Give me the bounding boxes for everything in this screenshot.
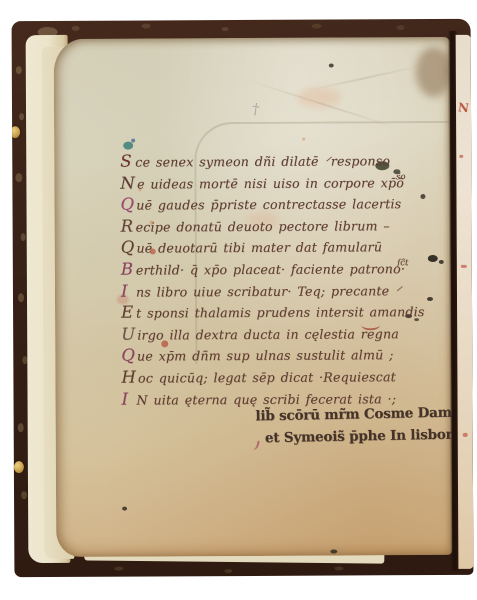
stain [297,87,341,107]
line-initial: R [121,215,134,237]
line-text: uē deuotarū tibi mater dat famularū [136,240,382,256]
leather-speck [72,26,80,31]
colophon-block: lib̃ scōrū mr̃m Cosme Damianiet Symeois̃… [255,401,452,449]
line-text: oc quicūq; legat sēp dicat ·Requiescat [138,369,396,385]
line-initial: I [121,388,134,410]
red-mark [459,155,463,158]
facing-page-sliver: N [456,35,474,569]
line-initial: N [120,172,135,194]
poem-line: Sce senex symeon dñi dilatē ⸍responso [120,149,435,172]
stain [131,139,135,143]
leather-speck [16,66,22,74]
leather-speck [142,23,151,28]
leather-speck [19,113,24,120]
poem-block: Sce senex symeon dñi dilatē ⸍responsoNe … [120,149,436,410]
poem-line: Ne uideas mortē nisi uiso in corpore xp̄… [120,171,435,194]
clasp-pin [12,126,21,138]
line-text: uē gaudes p̄priste contrectasse lacertis [136,196,401,212]
stain [439,260,444,264]
line-text: irgo illa dextra ducta in cęlestia regna [137,326,399,342]
stain [330,550,337,554]
leather-speck [15,173,22,182]
stain [302,138,305,141]
leather-speck [21,233,26,241]
line-superscript: fc̃t [397,258,408,268]
leather-speck [18,423,24,432]
poem-line: Recipe donatū deuoto pectore librum – [121,214,436,237]
line-text: ecipe donatū deuoto pectore librum – [136,218,390,234]
leather-speck [312,24,322,29]
book-photo: † Sce senex symeon dñi dilatē ⸍responsoN… [12,19,474,577]
line-initial: S [120,151,133,173]
stain [329,64,334,68]
line-text: ue xp̄m dñm sup ulnas sustulit almū ; [137,348,394,364]
line-initial: Q [121,237,135,259]
poem-line: Que xp̄m dñm sup ulnas sustulit almū ; [121,343,436,366]
line-initial: U [121,323,135,345]
line-initial: I [121,280,134,302]
poem-line: Et sponsi thalamis prudens intersit aman… [121,300,436,323]
facing-page-initial: N [457,100,469,115]
manuscript-photograph: † Sce senex symeon dñi dilatē ⸍responsoN… [0,0,477,600]
leather-speck [397,25,405,30]
line-initial: B [121,259,134,281]
line-text: erthild· q̄ xp̄o placeat· faciente patro… [136,261,405,277]
leather-speck [222,27,229,31]
leather-speck [114,567,123,571]
stain [123,142,133,150]
leather-speck [21,491,27,499]
parchment-page: † Sce senex symeon dñi dilatē ⸍responsoN… [54,37,453,557]
line-initial: Q [120,194,134,216]
stain [416,47,452,97]
poem-line: Berthild· q̄ xp̄o placeat· faciente patr… [121,257,436,280]
poem-line: Uirgo illa dextra ducta in cęlestia regn… [121,322,436,345]
red-mark [463,433,468,437]
line-text: t sponsi thalamis prudens intersit amand… [136,304,425,321]
leather-speck [224,569,232,573]
colophon-line: et Symeois̃ p̄phe In lisborn [265,423,453,449]
poem-line: Ins libro uiue scribatur· Teq; precante … [121,279,436,302]
line-initial: Q [121,345,135,367]
line-text: ns libro uiue scribatur· Teq; precante ⸍ [136,283,402,299]
clasp-pin [14,461,24,473]
line-text: ce senex symeon dñi dilatē ⸍responso [135,153,390,169]
line-initial: H [121,366,136,388]
poem-line: Quē gaudes p̄priste contrectasse lacerti… [120,192,435,215]
leather-speck [334,566,343,570]
faint-cross-mark: † [251,100,261,119]
line-text: e uideas mortē nisi uiso in corpore xp̄ō [137,175,404,191]
stain [122,507,127,511]
leather-speck [18,293,24,302]
red-mark [461,265,467,268]
poem-line: Hoc quicūq; legat sēp dicat ·Requiescat [121,365,436,388]
line-superscript: s̃o [396,172,406,182]
line-initial: E [121,302,134,324]
poem-line: Quē deuotarū tibi mater dat famularū [121,235,436,258]
